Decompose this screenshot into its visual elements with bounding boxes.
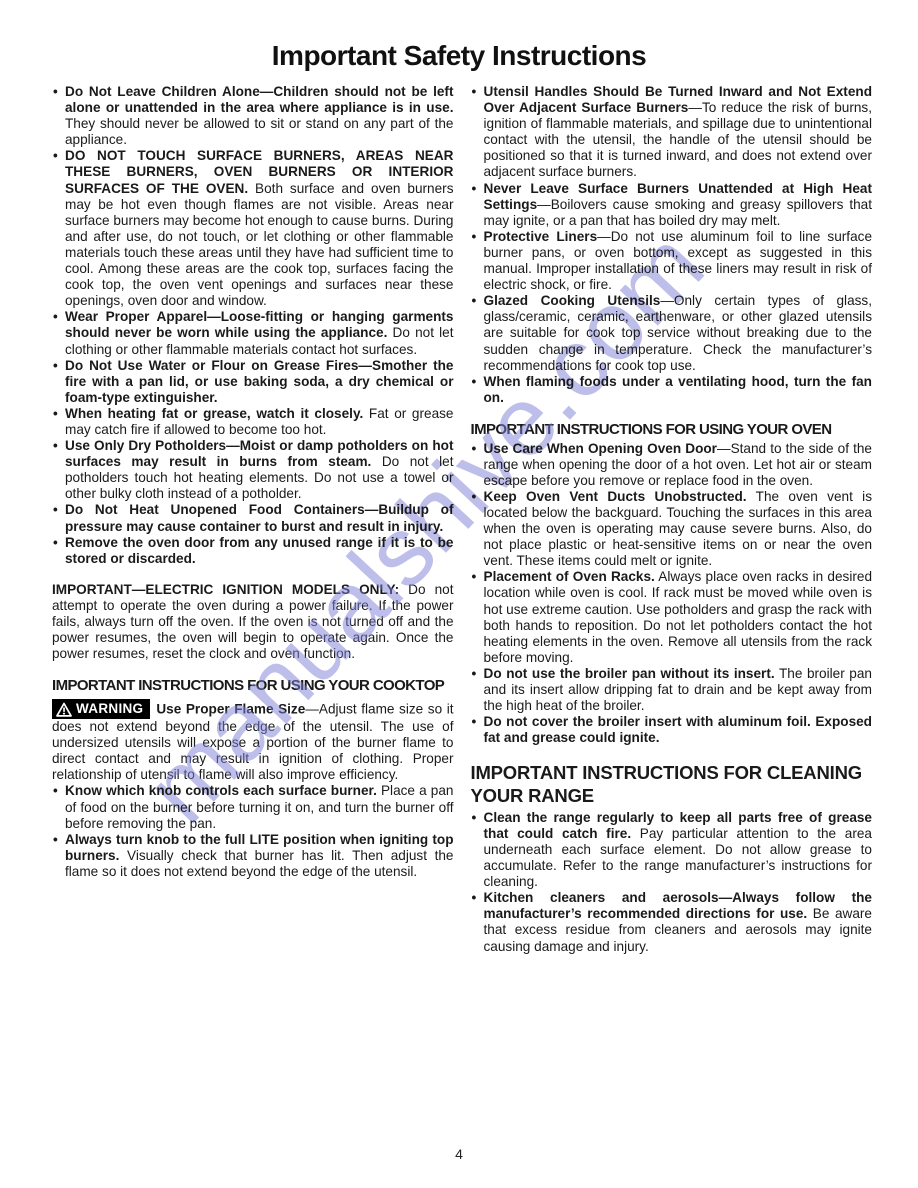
bullet-rest-text: They should never be allowed to sit or s… [65,116,454,147]
warning-triangle-icon [56,702,72,717]
list-item: Remove the oven door from any unused ran… [52,535,454,567]
bullet-bold-text: Do Not Use Water or Flour on Grease Fire… [65,358,454,405]
list-item: Glazed Cooking Utensils—Only certain typ… [471,293,873,373]
bullet-bold-text: Do Not Leave Children Alone—Children sho… [65,84,454,115]
list-item: Kitchen cleaners and aerosols—Always fol… [471,890,873,954]
oven-bullet-list: Use Care When Opening Oven Door—Stand to… [471,441,873,747]
bullet-bold-text: Do not cover the broiler insert with alu… [484,714,873,745]
cleaning-bullet-list: Clean the range regularly to keep all pa… [471,810,873,955]
list-item: Use Care When Opening Oven Door—Stand to… [471,441,873,489]
list-item: Do not use the broiler pan without its i… [471,666,873,714]
list-item: Never Leave Surface Burners Unattended a… [471,181,873,229]
surface-burner-bullet-list: Utensil Handles Should Be Turned Inward … [471,84,873,406]
bullet-rest-text: Visually check that burner has lit. Then… [65,848,454,879]
bullet-bold-text: Do Not Heat Unopened Food Containers—Bui… [65,502,454,533]
page-title: Important Safety Instructions [0,0,918,72]
list-item: Always turn knob to the full LITE positi… [52,832,454,880]
section-heading-cleaning: IMPORTANT INSTRUCTIONS FOR CLEANING YOUR… [471,762,873,806]
warning-badge: WARNING [52,699,150,719]
list-item: When heating fat or grease, watch it clo… [52,406,454,438]
bullet-bold-text: When heating fat or grease, watch it clo… [65,406,363,421]
safety-bullet-list: Do Not Leave Children Alone—Children sho… [52,84,454,567]
list-item: Protective Liners—Do not use aluminum fo… [471,229,873,293]
bullet-bold-text: Glazed Cooking Utensils [484,293,661,308]
bullet-bold-text: When flaming foods under a ventilating h… [484,374,873,405]
bullet-bold-text: Know which knob controls each surface bu… [65,783,377,798]
warning-bold-text: Use Proper Flame Size [156,702,305,717]
bullet-bold-text: Remove the oven door from any unused ran… [65,535,454,566]
bullet-bold-text: Keep Oven Vent Ducts Unobstructed. [484,489,747,504]
list-item: Do not cover the broiler insert with alu… [471,714,873,746]
column-right: Utensil Handles Should Be Turned Inward … [471,84,873,955]
paragraph-bold-text: IMPORTANT—ELECTRIC IGNITION MODELS ONLY: [52,582,399,597]
bullet-bold-text: Use Care When Opening Oven Door [484,441,717,456]
list-item: Use Only Dry Potholders—Moist or damp po… [52,438,454,502]
page-number: 4 [0,1146,918,1162]
warning-badge-label: WARNING [76,701,143,717]
warning-paragraph: WARNING Use Proper Flame Size—Adjust fla… [52,699,454,783]
list-item: Clean the range regularly to keep all pa… [471,810,873,890]
list-item: Do Not Use Water or Flour on Grease Fire… [52,358,454,406]
cooktop-bullet-list: Know which knob controls each surface bu… [52,783,454,880]
list-item: Keep Oven Vent Ducts Unobstructed. The o… [471,489,873,569]
bullet-bold-text: Protective Liners [484,229,598,244]
bullet-bold-text: Placement of Oven Racks. [484,569,655,584]
list-item: Placement of Oven Racks. Always place ov… [471,569,873,666]
bullet-rest-text: Both surface and oven burners may be hot… [65,181,454,309]
bullet-bold-text: Do not use the broiler pan without its i… [484,666,775,681]
list-item: Know which knob controls each surface bu… [52,783,454,831]
list-item: Do Not Heat Unopened Food Containers—Bui… [52,502,454,534]
manual-page: manualshive.com Important Safety Instruc… [0,0,918,1188]
list-item: Wear Proper Apparel—Loose-fitting or han… [52,309,454,357]
column-left: Do Not Leave Children Alone—Children sho… [52,84,454,955]
bullet-rest-text: —Boilovers cause smoking and greasy spil… [484,197,873,228]
two-column-layout: Do Not Leave Children Alone—Children sho… [0,84,918,955]
list-item: When flaming foods under a ventilating h… [471,374,873,406]
paragraph-electric-ignition: IMPORTANT—ELECTRIC IGNITION MODELS ONLY:… [52,582,454,662]
section-heading-cooktop: IMPORTANT INSTRUCTIONS FOR USING YOUR CO… [52,677,454,695]
list-item: Utensil Handles Should Be Turned Inward … [471,84,873,181]
section-heading-oven: IMPORTANT INSTRUCTIONS FOR USING YOUR OV… [471,421,873,439]
list-item: DO NOT TOUCH SURFACE BURNERS, AREAS NEAR… [52,148,454,309]
list-item: Do Not Leave Children Alone—Children sho… [52,84,454,148]
